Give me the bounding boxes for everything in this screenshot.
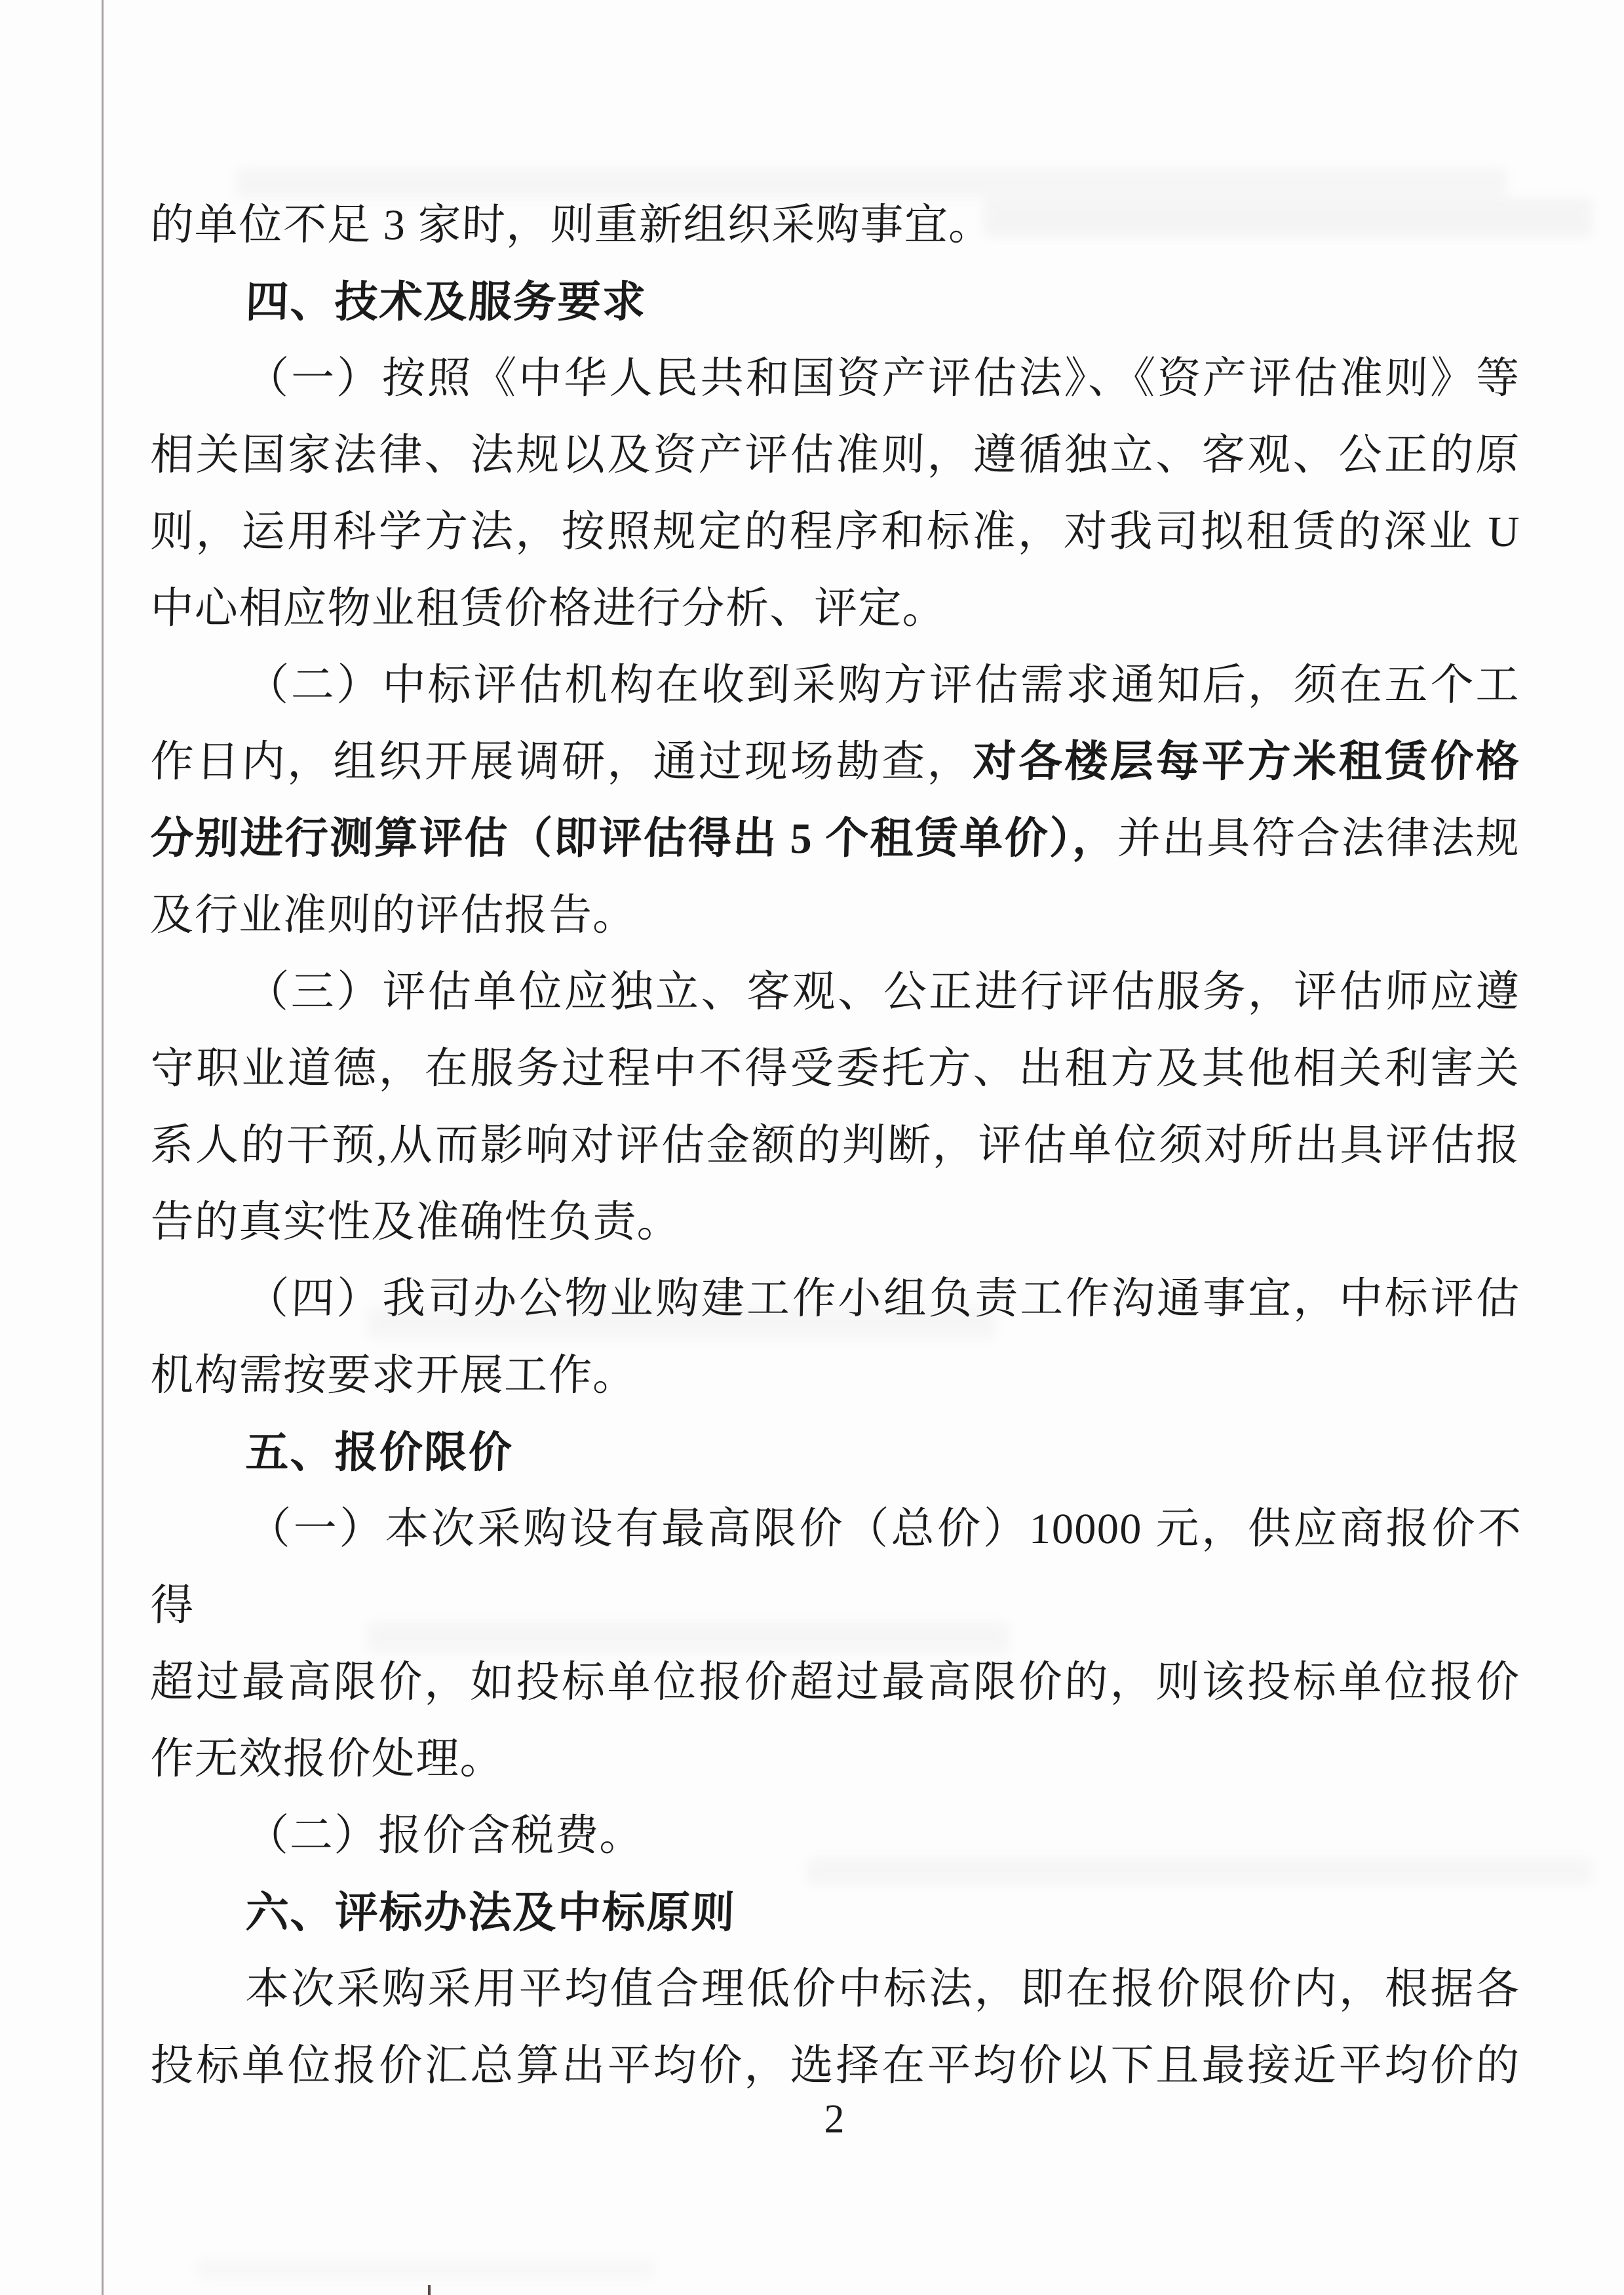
text-segment: 守职业道德，在服务过程中不得受委托方、出租方及其他相关利害关	[150, 1045, 1521, 1093]
document-line: （四）我司办公物业购建工作小组负责工作沟通事宜，中标评估	[149, 1261, 1521, 1337]
document-line: 分别进行测算评估（即评估得出 5 个租赁单价），并出具符合法律法规	[149, 800, 1521, 877]
section-heading: 四、技术及服务要求	[149, 264, 1521, 340]
document-line: （二）中标评估机构在收到采购方评估需求通知后，须在五个工	[149, 647, 1521, 724]
text-segment: 则，运用科学方法，按照规定的程序和标准，对我司拟租赁的深业 U	[150, 508, 1521, 556]
document-line: 系人的干预,从而影响对评估金额的判断，评估单位须对所出具评估报	[149, 1107, 1521, 1184]
section-heading: 六、评标办法及中标原则	[149, 1874, 1521, 1951]
text-segment: 投标单位报价汇总算出平均价，选择在平均价以下且最接近平均价的	[150, 2042, 1521, 2090]
text-segment: 本次采购采用平均值合理低价中标法，即在报价限价内，根据各	[245, 1965, 1521, 2013]
document-line: 投标单位报价汇总算出平均价，选择在平均价以下且最接近平均价的	[149, 2028, 1521, 2104]
text-segment: 作无效报价处理。	[150, 1735, 505, 1783]
document-line: 的单位不足 3 家时，则重新组织采购事宜。	[149, 187, 1521, 264]
document-line: （一）按照《中华人民共和国资产评估法》、《资产评估准则》等	[149, 340, 1521, 417]
bold-text-segment: 分别进行测算评估（即评估得出 5 个租赁单价），	[150, 815, 1118, 863]
left-margin-scan-line	[102, 0, 104, 2295]
document-line: 则，运用科学方法，按照规定的程序和标准，对我司拟租赁的深业 U	[149, 494, 1521, 570]
text-segment: 机构需按要求开展工作。	[150, 1352, 638, 1400]
document-body: 的单位不足 3 家时，则重新组织采购事宜。四、技术及服务要求（一）按照《中华人民…	[149, 0, 1519, 2104]
text-segment: 告的真实性及准确性负责。	[150, 1198, 682, 1246]
text-segment: 相关国家法律、法规以及资产评估准则，遵循独立、客观、公正的原	[150, 431, 1521, 479]
text-segment: （四）我司办公物业购建工作小组负责工作沟通事宜，中标评估	[245, 1275, 1521, 1323]
text-segment: 系人的干预,从而影响对评估金额的判断，评估单位须对所出具评估报	[150, 1122, 1521, 1169]
document-line: 作无效报价处理。	[149, 1721, 1521, 1797]
text-segment: 作日内，组织开展调研，通过现场勘查，	[150, 738, 974, 786]
document-line: 及行业准则的评估报告。	[149, 877, 1521, 954]
bottom-scan-mark	[428, 2285, 431, 2295]
document-page: 的单位不足 3 家时，则重新组织采购事宜。四、技术及服务要求（一）按照《中华人民…	[0, 0, 1624, 2295]
text-segment: （一）本次采购设有最高限价（总价）10000 元，供应商报价不得	[150, 1505, 1523, 1630]
document-line: （三）评估单位应独立、客观、公正进行评估服务，评估师应遵	[149, 954, 1521, 1030]
document-line: 超过最高限价，如投标单位报价超过最高限价的，则该投标单位报价	[149, 1644, 1521, 1721]
text-segment: （二）报价含税费。	[245, 1812, 644, 1860]
bold-text-segment: 对各楼层每平方米租赁价格	[973, 738, 1520, 786]
text-segment: （三）评估单位应独立、客观、公正进行评估服务，评估师应遵	[245, 968, 1521, 1016]
section-heading: 五、报价限价	[149, 1414, 1521, 1491]
text-segment: 及行业准则的评估报告。	[150, 892, 638, 939]
document-line: 作日内，组织开展调研，通过现场勘查，对各楼层每平方米租赁价格	[149, 724, 1521, 800]
page-number: 2	[149, 2096, 1519, 2142]
document-line: （一）本次采购设有最高限价（总价）10000 元，供应商报价不得	[149, 1491, 1523, 1644]
text-segment: 超过最高限价，如投标单位报价超过最高限价的，则该投标单位报价	[150, 1658, 1521, 1706]
text-segment: 的单位不足 3 家时，则重新组织采购事宜。	[150, 201, 994, 249]
bold-text-segment: 五、报价限价	[245, 1428, 514, 1476]
document-line: 守职业道德，在服务过程中不得受委托方、出租方及其他相关利害关	[149, 1030, 1521, 1107]
text-segment: 并出具符合法律法规	[1117, 815, 1520, 863]
text-segment: 中心相应物业租赁价格进行分析、评定。	[150, 585, 948, 633]
bleed-through-artifact	[197, 2259, 655, 2280]
document-line: 本次采购采用平均值合理低价中标法，即在报价限价内，根据各	[149, 1951, 1521, 2028]
document-line: （二）报价含税费。	[149, 1797, 1521, 1874]
document-line: 机构需按要求开展工作。	[149, 1337, 1521, 1414]
document-line: 中心相应物业租赁价格进行分析、评定。	[149, 570, 1521, 647]
bold-text-segment: 六、评标办法及中标原则	[245, 1888, 737, 1936]
text-segment: （一）按照《中华人民共和国资产评估法》、《资产评估准则》等	[245, 355, 1521, 402]
document-line: 告的真实性及准确性负责。	[149, 1184, 1521, 1261]
bold-text-segment: 四、技术及服务要求	[245, 277, 648, 326]
text-segment: （二）中标评估机构在收到采购方评估需求通知后，须在五个工	[245, 661, 1521, 709]
document-line: 相关国家法律、法规以及资产评估准则，遵循独立、客观、公正的原	[149, 417, 1521, 494]
